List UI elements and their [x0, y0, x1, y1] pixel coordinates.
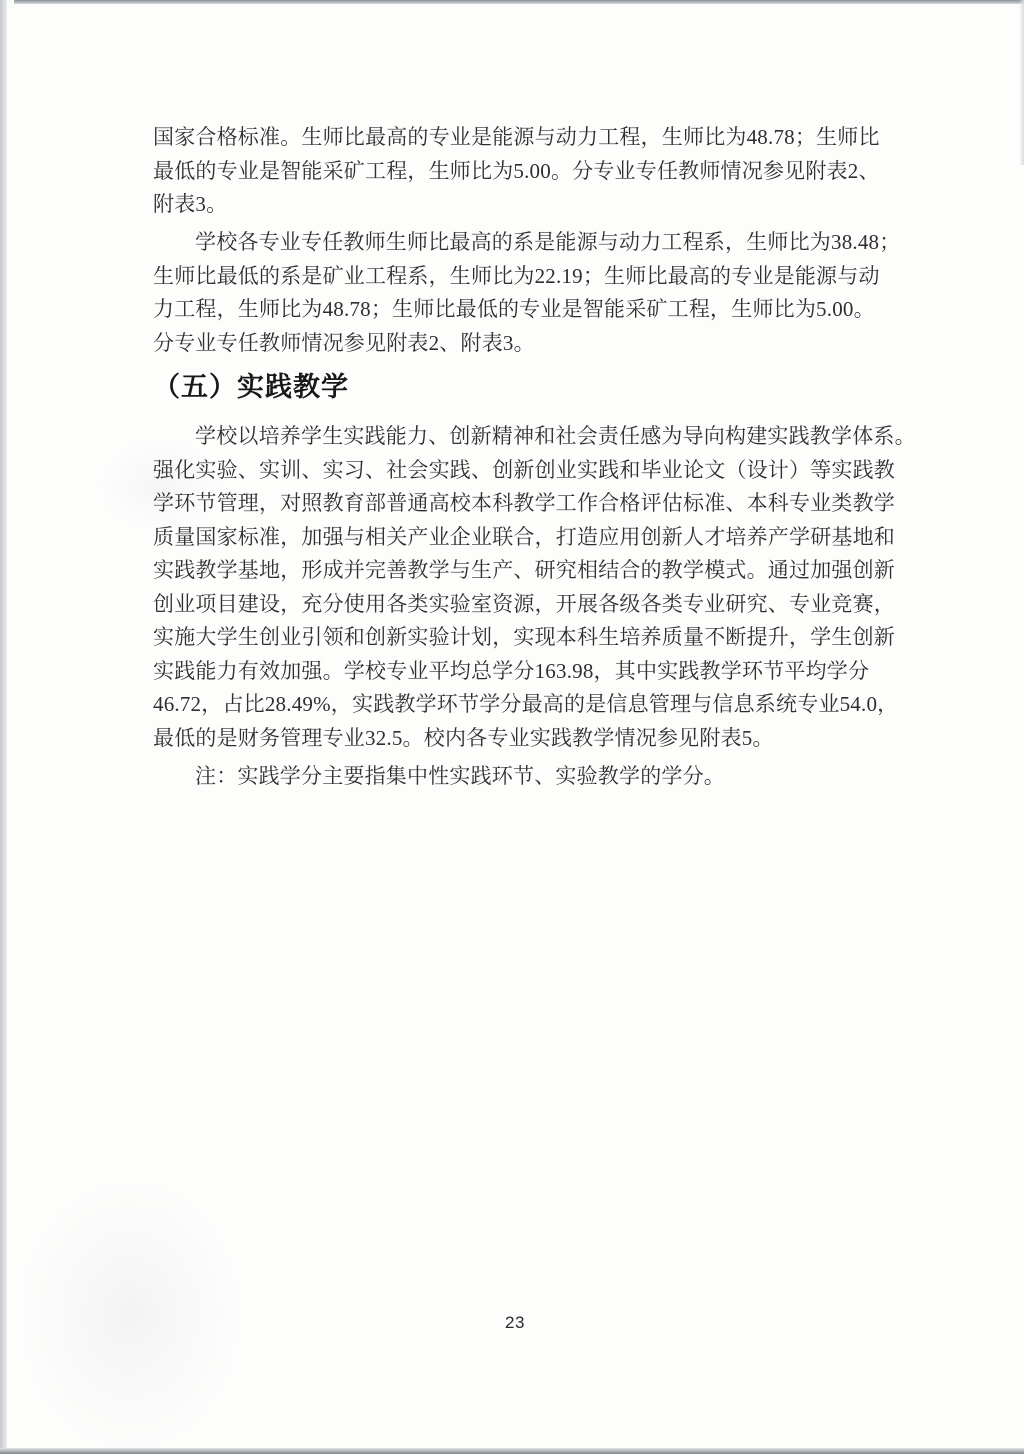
- scan-edge-top: [14, 0, 1024, 4]
- text-line: 注：实践学分主要指集中性实践环节、实验教学的学分。: [153, 760, 877, 794]
- text-line: 创业项目建设，充分使用各类实验室资源，开展各级各类专业研究、专业竞赛，: [153, 588, 877, 622]
- text-line: 最低的是财务管理专业32.5。校内各专业实践教学情况参见附表5。: [153, 722, 877, 756]
- text-line: 46.72，占比28.49%，实践教学环节学分最高的是信息管理与信息系统专业54…: [153, 688, 877, 722]
- text-line: 实施大学生创业引领和创新实验计划，实现本科生培养质量不断提升，学生创新: [153, 621, 877, 655]
- text-line: 生师比最低的系是矿业工程系，生师比为22.19；生师比最高的专业是能源与动: [153, 260, 877, 294]
- text-line: 国家合格标准。生师比最高的专业是能源与动力工程，生师比为48.78；生师比: [153, 121, 877, 155]
- text-line: 学环节管理，对照教育部普通高校本科教学工作合格评估标准、本科专业类教学: [153, 487, 877, 521]
- text-line: 分专业专任教师情况参见附表2、附表3。: [153, 327, 877, 361]
- text-line: 实践能力有效加强。学校专业平均总学分163.98，其中实践教学环节平均学分: [153, 655, 877, 689]
- scan-edge-left: [0, 0, 7, 1454]
- section-heading-practical-teaching: （五）实践教学: [153, 366, 877, 408]
- text-line: 学校以培养学生实践能力、创新精神和社会责任感为导向构建实践教学体系。: [153, 420, 877, 454]
- paragraph-teacher-ratio-by-department: 学校各专业专任教师生师比最高的系是能源与动力工程系，生师比为38.48； 生师比…: [153, 226, 877, 360]
- text-line: 质量国家标准，加强与相关产业企业联合，打造应用创新人才培养产学研基地和: [153, 521, 877, 555]
- text-line: 力工程，生师比为48.78；生师比最低的专业是智能采矿工程，生师比为5.00。: [153, 293, 877, 327]
- paragraph-practical-teaching-body: 学校以培养学生实践能力、创新精神和社会责任感为导向构建实践教学体系。 强化实验、…: [153, 420, 877, 755]
- page-number: 23: [153, 1313, 877, 1333]
- text-line: 强化实验、实训、实习、社会实践、创新创业实践和毕业论文（设计）等实践教: [153, 454, 877, 488]
- document-page: 国家合格标准。生师比最高的专业是能源与动力工程，生师比为48.78；生师比 最低…: [0, 0, 1024, 1454]
- text-line: 附表3。: [153, 188, 877, 222]
- paragraph-teacher-ratio-continued: 国家合格标准。生师比最高的专业是能源与动力工程，生师比为48.78；生师比 最低…: [153, 121, 877, 222]
- scan-edge-right: [1019, 0, 1024, 165]
- text-line: 最低的专业是智能采矿工程，生师比为5.00。分专业专任教师情况参见附表2、: [153, 155, 877, 189]
- paragraph-note: 注：实践学分主要指集中性实践环节、实验教学的学分。: [153, 760, 877, 794]
- text-line: 学校各专业专任教师生师比最高的系是能源与动力工程系，生师比为38.48；: [153, 226, 877, 260]
- text-line: 实践教学基地，形成并完善教学与生产、研究相结合的教学模式。通过加强创新: [153, 554, 877, 588]
